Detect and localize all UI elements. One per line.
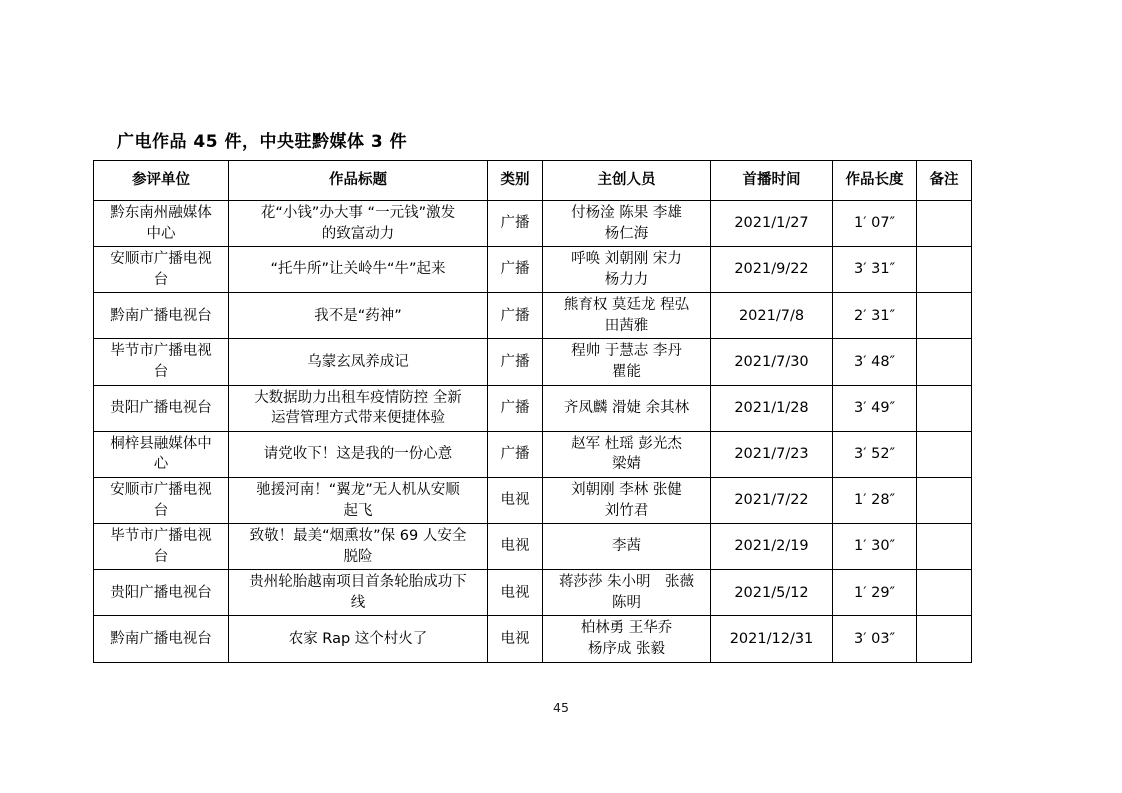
cell-remark	[917, 247, 972, 293]
cell-category: 广播	[488, 385, 543, 431]
cell-remark	[917, 385, 972, 431]
cell-creators: 齐凤麟 滑婕 余其林	[543, 385, 711, 431]
cell-unit: 毕节市广播电视 台	[94, 339, 229, 385]
cell-work-title: 大数据助力出租车疫情防控 全新 运营管理方式带来便捷体验	[229, 385, 488, 431]
cell-length: 3′ 03″	[833, 616, 917, 662]
cell-air-date: 2021/7/23	[711, 431, 833, 477]
table-row: 贵阳广播电视台大数据助力出租车疫情防控 全新 运营管理方式带来便捷体验广播齐凤麟…	[94, 385, 972, 431]
cell-work-title: 贵州轮胎越南项目首条轮胎成功下 线	[229, 570, 488, 616]
page-number: 45	[0, 700, 1122, 715]
table-row: 桐梓县融媒体中 心请党收下！这是我的一份心意广播赵军 杜瑶 彭光杰 梁婧2021…	[94, 431, 972, 477]
cell-creators: 熊育权 莫廷龙 程弘 田茜雅	[543, 293, 711, 339]
cell-unit: 贵阳广播电视台	[94, 385, 229, 431]
cell-category: 广播	[488, 293, 543, 339]
cell-category: 电视	[488, 570, 543, 616]
cell-length: 1′ 29″	[833, 570, 917, 616]
cell-category: 广播	[488, 431, 543, 477]
document-page: 广电作品 45 件，中央驻黔媒体 3 件 参评单位作品标题类别主创人员首播时间作…	[0, 0, 1122, 793]
cell-creators: 赵军 杜瑶 彭光杰 梁婧	[543, 431, 711, 477]
cell-category: 电视	[488, 477, 543, 523]
cell-air-date: 2021/5/12	[711, 570, 833, 616]
table-row: 贵阳广播电视台贵州轮胎越南项目首条轮胎成功下 线电视蒋莎莎 朱小明 张薇 陈明2…	[94, 570, 972, 616]
col-header-unit: 参评单位	[94, 161, 229, 201]
table-row: 毕节市广播电视 台致敬！最美“烟熏妆”保 69 人安全 脱险电视李茜2021/2…	[94, 524, 972, 570]
table-row: 黔南广播电视台农家 Rap 这个村火了电视柏林勇 王华乔 杨序成 张毅2021/…	[94, 616, 972, 662]
cell-remark	[917, 293, 972, 339]
cell-remark	[917, 616, 972, 662]
cell-air-date: 2021/1/27	[711, 201, 833, 247]
cell-remark	[917, 477, 972, 523]
cell-unit: 桐梓县融媒体中 心	[94, 431, 229, 477]
page-title: 广电作品 45 件，中央驻黔媒体 3 件	[117, 127, 407, 152]
cell-work-title: 致敬！最美“烟熏妆”保 69 人安全 脱险	[229, 524, 488, 570]
cell-remark	[917, 524, 972, 570]
cell-length: 1′ 30″	[833, 524, 917, 570]
col-header-category: 类别	[488, 161, 543, 201]
cell-air-date: 2021/1/28	[711, 385, 833, 431]
cell-work-title: 花“小钱”办大事 “一元钱”激发 的致富动力	[229, 201, 488, 247]
cell-creators: 李茜	[543, 524, 711, 570]
cell-air-date: 2021/2/19	[711, 524, 833, 570]
cell-length: 2′ 31″	[833, 293, 917, 339]
cell-unit: 黔东南州融媒体 中心	[94, 201, 229, 247]
cell-air-date: 2021/7/22	[711, 477, 833, 523]
table-row: 黔南广播电视台我不是“药神”广播熊育权 莫廷龙 程弘 田茜雅2021/7/82′…	[94, 293, 972, 339]
col-header-creators: 主创人员	[543, 161, 711, 201]
cell-work-title: 乌蒙玄凤养成记	[229, 339, 488, 385]
cell-unit: 贵阳广播电视台	[94, 570, 229, 616]
cell-remark	[917, 339, 972, 385]
col-header-work-title: 作品标题	[229, 161, 488, 201]
col-header-remark: 备注	[917, 161, 972, 201]
cell-unit: 安顺市广播电视 台	[94, 247, 229, 293]
cell-length: 3′ 52″	[833, 431, 917, 477]
cell-length: 3′ 49″	[833, 385, 917, 431]
cell-unit: 毕节市广播电视 台	[94, 524, 229, 570]
cell-unit: 黔南广播电视台	[94, 616, 229, 662]
cell-work-title: 驰援河南！“翼龙”无人机从安顺 起飞	[229, 477, 488, 523]
cell-creators: 刘朝刚 李林 张健 刘竹君	[543, 477, 711, 523]
cell-air-date: 2021/7/30	[711, 339, 833, 385]
table-row: 安顺市广播电视 台驰援河南！“翼龙”无人机从安顺 起飞电视刘朝刚 李林 张健 刘…	[94, 477, 972, 523]
table-row: 安顺市广播电视 台“托牛所”让关岭牛“牛”起来广播呼唤 刘朝刚 宋力 杨力力20…	[94, 247, 972, 293]
cell-creators: 呼唤 刘朝刚 宋力 杨力力	[543, 247, 711, 293]
cell-creators: 程帅 于慧志 李丹 瞿能	[543, 339, 711, 385]
col-header-air-date: 首播时间	[711, 161, 833, 201]
cell-creators: 柏林勇 王华乔 杨序成 张毅	[543, 616, 711, 662]
cell-air-date: 2021/12/31	[711, 616, 833, 662]
table-row: 黔东南州融媒体 中心花“小钱”办大事 “一元钱”激发 的致富动力广播付杨淦 陈果…	[94, 201, 972, 247]
cell-remark	[917, 431, 972, 477]
table-header-row: 参评单位作品标题类别主创人员首播时间作品长度备注	[94, 161, 972, 201]
cell-work-title: “托牛所”让关岭牛“牛”起来	[229, 247, 488, 293]
cell-unit: 黔南广播电视台	[94, 293, 229, 339]
cell-category: 广播	[488, 201, 543, 247]
cell-category: 电视	[488, 524, 543, 570]
cell-category: 广播	[488, 339, 543, 385]
cell-work-title: 我不是“药神”	[229, 293, 488, 339]
cell-creators: 付杨淦 陈果 李雄 杨仁海	[543, 201, 711, 247]
cell-air-date: 2021/9/22	[711, 247, 833, 293]
cell-length: 1′ 28″	[833, 477, 917, 523]
cell-length: 3′ 48″	[833, 339, 917, 385]
cell-category: 广播	[488, 247, 543, 293]
cell-remark	[917, 201, 972, 247]
works-table: 参评单位作品标题类别主创人员首播时间作品长度备注 黔东南州融媒体 中心花“小钱”…	[93, 160, 972, 663]
cell-air-date: 2021/7/8	[711, 293, 833, 339]
cell-length: 3′ 31″	[833, 247, 917, 293]
cell-work-title: 请党收下！这是我的一份心意	[229, 431, 488, 477]
cell-creators: 蒋莎莎 朱小明 张薇 陈明	[543, 570, 711, 616]
cell-length: 1′ 07″	[833, 201, 917, 247]
col-header-length: 作品长度	[833, 161, 917, 201]
cell-unit: 安顺市广播电视 台	[94, 477, 229, 523]
cell-category: 电视	[488, 616, 543, 662]
cell-remark	[917, 570, 972, 616]
table-row: 毕节市广播电视 台乌蒙玄凤养成记广播程帅 于慧志 李丹 瞿能2021/7/303…	[94, 339, 972, 385]
cell-work-title: 农家 Rap 这个村火了	[229, 616, 488, 662]
